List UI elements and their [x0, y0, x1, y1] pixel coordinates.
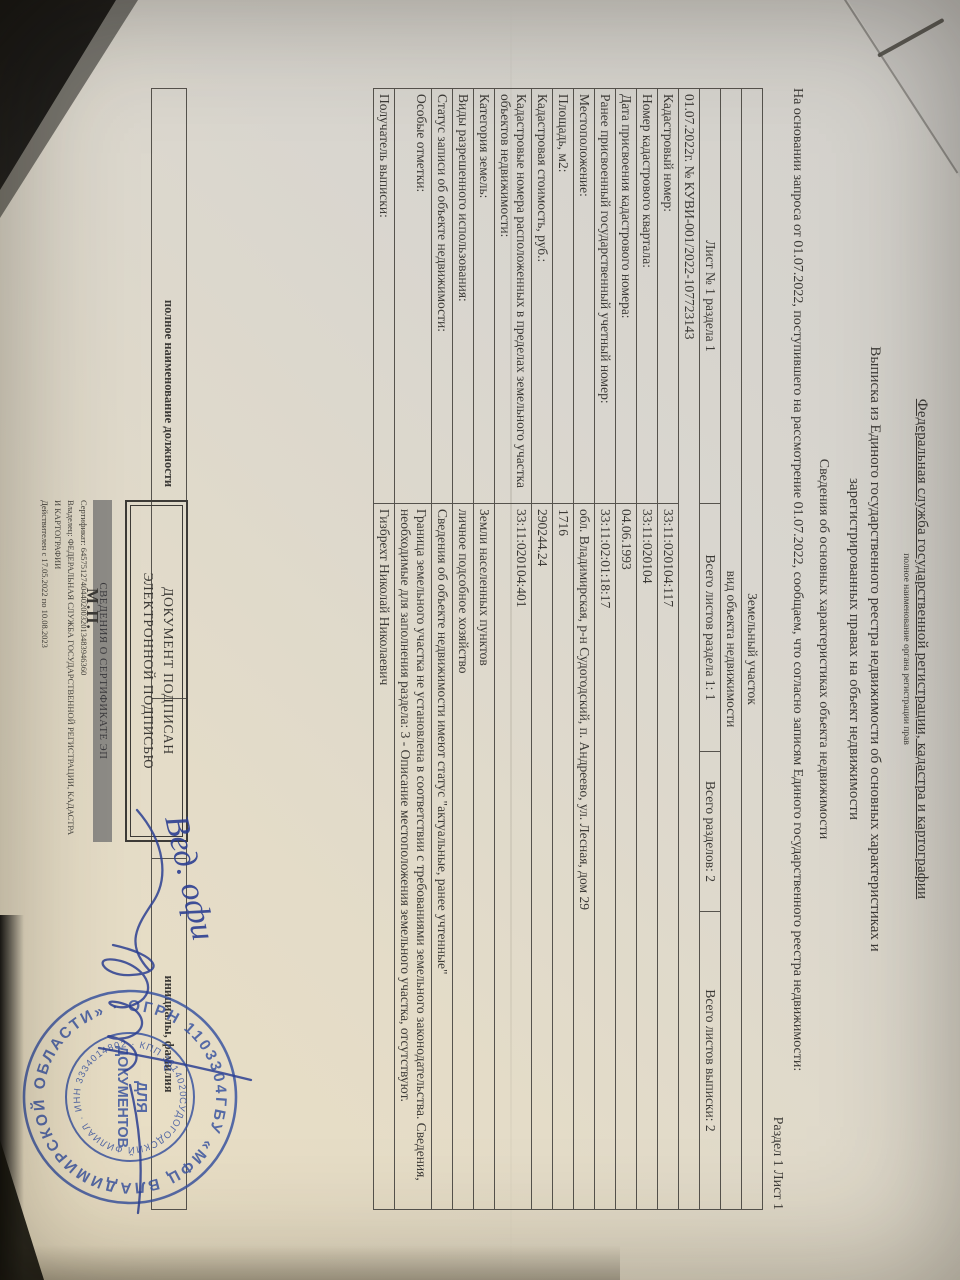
document-title-line1: Выписка из Единого государственного реес… [867, 346, 883, 951]
row-value: 1716 [553, 504, 574, 1210]
stamp-place-label: М.П. [82, 588, 102, 630]
photo-backdrop: Федеральная служба государственной регис… [0, 0, 960, 1280]
table-row: Кадастровые номера расположенных в преде… [495, 89, 532, 1210]
table-row: Виды разрешенного использования: личное … [453, 89, 474, 1210]
signature-tail [130, 1085, 141, 1213]
row-value: 33:11:020104:117 [658, 504, 679, 1210]
row-label: Виды разрешенного использования: [453, 89, 474, 504]
table-row: Категория земель: Земли населенных пункт… [474, 89, 495, 1210]
row-value: Гизбрехт Николай Николаевич [374, 504, 395, 1210]
table-row: Особые отметки: Граница земельного участ… [395, 89, 432, 1210]
row-label: Площадь, м2: [553, 89, 574, 504]
row-value: 33:11:020104:401 [495, 504, 532, 1210]
date-number-cell: 01.07.2022г. № КУВИ-001/2022-107723143 [679, 89, 700, 1210]
table-row: Местоположение: обл. Владимирская, р-н С… [574, 89, 595, 1210]
org-name-caption: полное наименование органа регистрации п… [901, 88, 911, 1210]
table-row: 01.07.2022г. № КУВИ-001/2022-107723143 [679, 89, 700, 1210]
row-label: Дата присвоения кадастрового номера: [616, 89, 637, 504]
section-sheet-label: Раздел 1 Лист 1 [769, 88, 785, 1210]
esign-validity: Действителен с 17.05.2022 по 10.08.2023 [38, 500, 51, 842]
extract-sheets-cell: Всего листов выписки: 2 [700, 912, 721, 1210]
row-label: Кадастровые номера расположенных в преде… [495, 89, 532, 504]
row-label: Номер кадастрового квартала: [637, 89, 658, 504]
object-table: Земельный участок вид объекта недвижимос… [373, 88, 763, 1210]
row-label: Получатель выписки: [374, 89, 395, 504]
row-label: Статус записи об объекте недвижимости: [432, 89, 453, 504]
row-value: личное подсобное хозяйство [453, 504, 474, 1210]
row-value: 290244.24 [532, 504, 553, 1210]
row-value: 33:11:020104 [637, 504, 658, 1210]
document-title: Выписка из Единого государственного реес… [843, 88, 885, 1210]
row-label: Ранее присвоенный государственный учетны… [595, 89, 616, 504]
row-value: 04.06.1993 [616, 504, 637, 1210]
table-row: Площадь, м2: 1716 [553, 89, 574, 1210]
row-value: Граница земельного участка не установлен… [395, 504, 432, 1210]
table-row: Кадастровый номер: 33:11:020104:117 [658, 89, 679, 1210]
org-name: Федеральная служба государственной регис… [913, 88, 930, 1210]
document-title-line2: зарегистрированных правах на объект недв… [846, 478, 862, 820]
table-row: Земельный участок [742, 89, 763, 1210]
row-value: Земли населенных пунктов [474, 504, 495, 1210]
table-row: Ранее присвоенный государственный учетны… [595, 89, 616, 1210]
table-row: Статус записи об объекте недвижимости: С… [432, 89, 453, 1210]
table-row: вид объекта недвижимости [721, 89, 742, 1210]
row-label: Кадастровая стоимость, руб.: [532, 89, 553, 504]
row-label: Местоположение: [574, 89, 595, 504]
table-row: Получатель выписки: Гизбрехт Николай Ник… [374, 89, 395, 1210]
row-label: Особые отметки: [395, 89, 432, 504]
row-value: обл. Владимирская, р-н Судогодский, п. А… [574, 504, 595, 1210]
table-row: Кадастровая стоимость, руб.: 290244.24 [532, 89, 553, 1210]
pen-stroke-through-stamp [99, 1048, 251, 1080]
object-kind-caption: вид объекта недвижимости [721, 89, 742, 1210]
sheet-cell: Лист № 1 раздела 1 [700, 89, 721, 504]
handwriting-flourish [135, 810, 162, 970]
document-subtitle: Сведения об основных характеристиках объ… [815, 88, 831, 1210]
row-label: Категория земель: [474, 89, 495, 504]
handwritten-marks: Вед. офи [50, 780, 265, 1235]
row-value: Сведения об объекте недвижимости имеют с… [432, 504, 453, 1210]
sheets-total-cell: Всего листов раздела 1: 1 [700, 504, 721, 752]
handwritten-position: Вед. офи [157, 811, 222, 943]
document-content: Федеральная служба государственной регис… [151, 88, 930, 1210]
esign-line1: ДОКУМЕНТ ПОДПИСАН [161, 587, 176, 755]
esign-line2: ЭЛЕКТРОННОЙ ПОДПИСЬЮ [141, 573, 156, 770]
request-line: На основании запроса от 01.07.2022, пост… [789, 88, 805, 1210]
bottom-shadow [0, 1245, 620, 1280]
sections-total-cell: Всего разделов: 2 [700, 752, 721, 912]
document-sheet: Федеральная служба государственной регис… [0, 0, 960, 1280]
object-kind: Земельный участок [742, 89, 763, 1210]
paper-crease [510, 0, 512, 1280]
table-row: Номер кадастрового квартала: 33:11:02010… [637, 89, 658, 1210]
row-value: 33:11:02:01:18:17 [595, 504, 616, 1210]
table-row: Лист № 1 раздела 1 Всего листов раздела … [700, 89, 721, 1210]
table-row: Дата присвоения кадастрового номера: 04.… [616, 89, 637, 1210]
row-label: Кадастровый номер: [658, 89, 679, 504]
